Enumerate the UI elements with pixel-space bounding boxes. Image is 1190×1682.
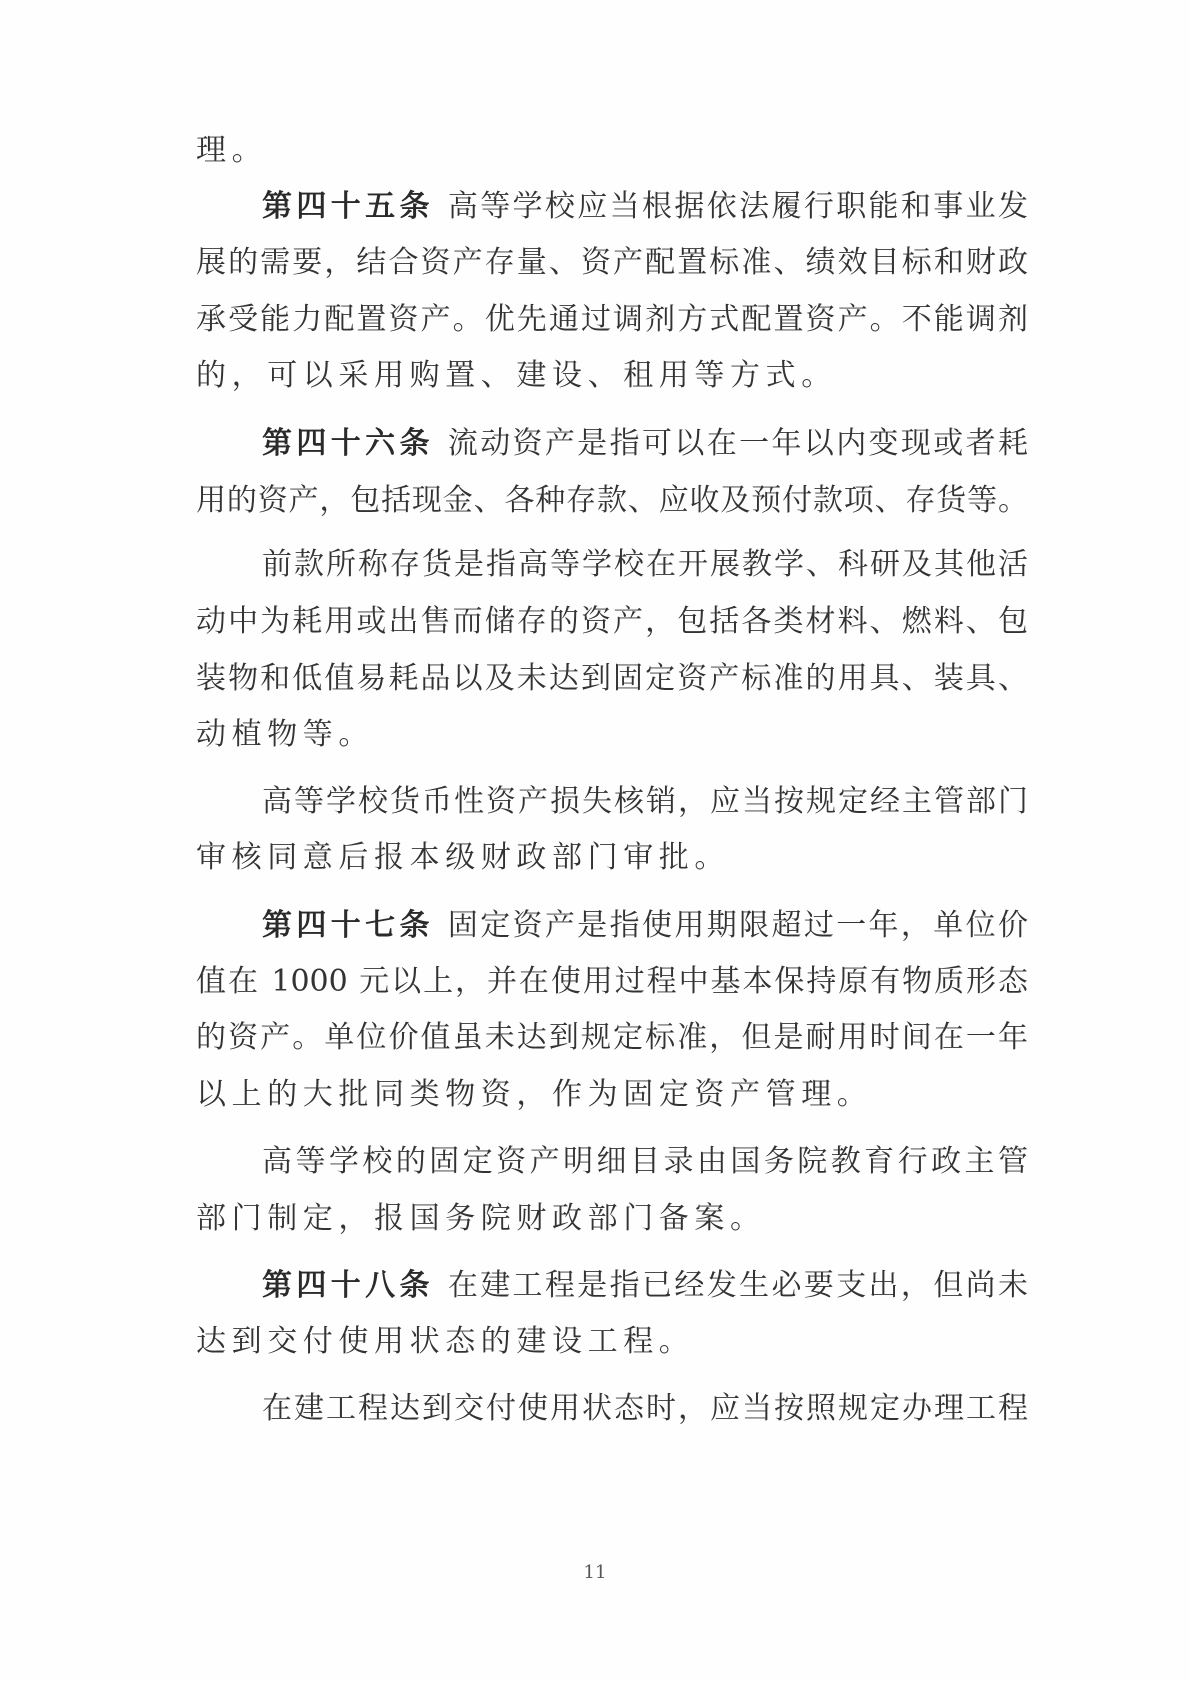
- line-text: 以上的大批同类物资，作为固定资产管理。: [196, 1077, 872, 1112]
- paragraph-first-line: 高等学校的固定资产明细目录由国务院教育行政主管: [262, 1142, 1028, 1182]
- line-text: 部门制定，报国务院财政部门备案。: [196, 1201, 766, 1236]
- article-number: 第四十五条: [262, 189, 434, 224]
- line-text: 动中为耗用或出售而储存的资产，包括各类材料、燃料、包: [196, 604, 1028, 639]
- line-text: 在建工程是指已经发生必要支出，但尚未: [448, 1268, 1028, 1303]
- article-number: 第四十八条: [262, 1268, 434, 1303]
- paragraph-first-line: 高等学校货币性资产损失核销，应当按规定经主管部门: [262, 782, 1028, 822]
- line-text: 高等学校应当根据依法履行职能和事业发: [448, 189, 1028, 224]
- line-text: 动植物等。: [196, 717, 374, 752]
- line-text: 值在 1000 元以上，并在使用过程中基本保持原有物质形态: [196, 964, 1028, 999]
- text-line: 动中为耗用或出售而储存的资产，包括各类材料、燃料、包: [196, 602, 1028, 642]
- article-47-heading-line: 第四十七条固定资产是指使用期限超过一年，单位价: [262, 906, 1028, 946]
- line-text: 审核同意后报本级财政部门审批。: [196, 840, 730, 875]
- line-text: 流动资产是指可以在一年以内变现或者耗: [448, 426, 1028, 461]
- article-number: 第四十六条: [262, 426, 434, 461]
- line-text: 高等学校的固定资产明细目录由国务院教育行政主管: [262, 1144, 1028, 1179]
- text-line: 部门制定，报国务院财政部门备案。: [196, 1199, 1028, 1239]
- text-line: 值在 1000 元以上，并在使用过程中基本保持原有物质形态: [196, 962, 1028, 1002]
- line-text: 达到交付使用状态的建设工程。: [196, 1324, 694, 1359]
- line-text: 固定资产是指使用期限超过一年，单位价: [448, 908, 1028, 943]
- line-text: 承受能力配置资产。优先通过调剂方式配置资产。不能调剂: [196, 302, 1028, 337]
- line-text: 装物和低值易耗品以及未达到固定资产标准的用具、装具、: [196, 661, 1028, 696]
- text-line: 达到交付使用状态的建设工程。: [196, 1322, 1028, 1362]
- text-line: 动植物等。: [196, 715, 1028, 755]
- line-text: 的资产。单位价值虽未达到规定标准，但是耐用时间在一年: [196, 1020, 1028, 1055]
- paragraph-first-line: 前款所称存货是指高等学校在开展教学、科研及其他活: [262, 545, 1028, 585]
- text-line: 以上的大批同类物资，作为固定资产管理。: [196, 1075, 1028, 1115]
- line-text: 理。: [196, 133, 267, 168]
- line-text: 展的需要，结合资产存量、资产配置标准、绩效目标和财政: [196, 245, 1028, 280]
- article-number: 第四十七条: [262, 908, 434, 943]
- text-line: 审核同意后报本级财政部门审批。: [196, 838, 1028, 878]
- line-text: 用的资产，包括现金、各种存款、应收及预付款项、存货等。: [196, 483, 1028, 518]
- document-page: 理。 第四十五条高等学校应当根据依法履行职能和事业发 展的需要，结合资产存量、资…: [0, 0, 1190, 1682]
- text-line: 的资产。单位价值虽未达到规定标准，但是耐用时间在一年: [196, 1018, 1028, 1058]
- text-line: 的，可以采用购置、建设、租用等方式。: [196, 356, 1028, 396]
- article-45-heading-line: 第四十五条高等学校应当根据依法履行职能和事业发: [262, 187, 1028, 227]
- text-line: 理。: [196, 131, 1028, 171]
- line-text: 高等学校货币性资产损失核销，应当按规定经主管部门: [262, 784, 1028, 819]
- article-46-heading-line: 第四十六条流动资产是指可以在一年以内变现或者耗: [262, 424, 1028, 464]
- text-line: 承受能力配置资产。优先通过调剂方式配置资产。不能调剂: [196, 300, 1028, 340]
- text-line: 用的资产，包括现金、各种存款、应收及预付款项、存货等。: [196, 481, 1028, 521]
- text-line: 装物和低值易耗品以及未达到固定资产标准的用具、装具、: [196, 659, 1028, 699]
- line-text: 前款所称存货是指高等学校在开展教学、科研及其他活: [262, 547, 1028, 582]
- line-text: 在建工程达到交付使用状态时，应当按照规定办理工程: [262, 1391, 1028, 1426]
- article-48-heading-line: 第四十八条在建工程是指已经发生必要支出，但尚未: [262, 1266, 1028, 1306]
- text-line: 展的需要，结合资产存量、资产配置标准、绩效目标和财政: [196, 243, 1028, 283]
- paragraph-first-line: 在建工程达到交付使用状态时，应当按照规定办理工程: [262, 1389, 1028, 1429]
- line-text: 的，可以采用购置、建设、租用等方式。: [196, 358, 837, 393]
- page-number: 11: [0, 1562, 1190, 1583]
